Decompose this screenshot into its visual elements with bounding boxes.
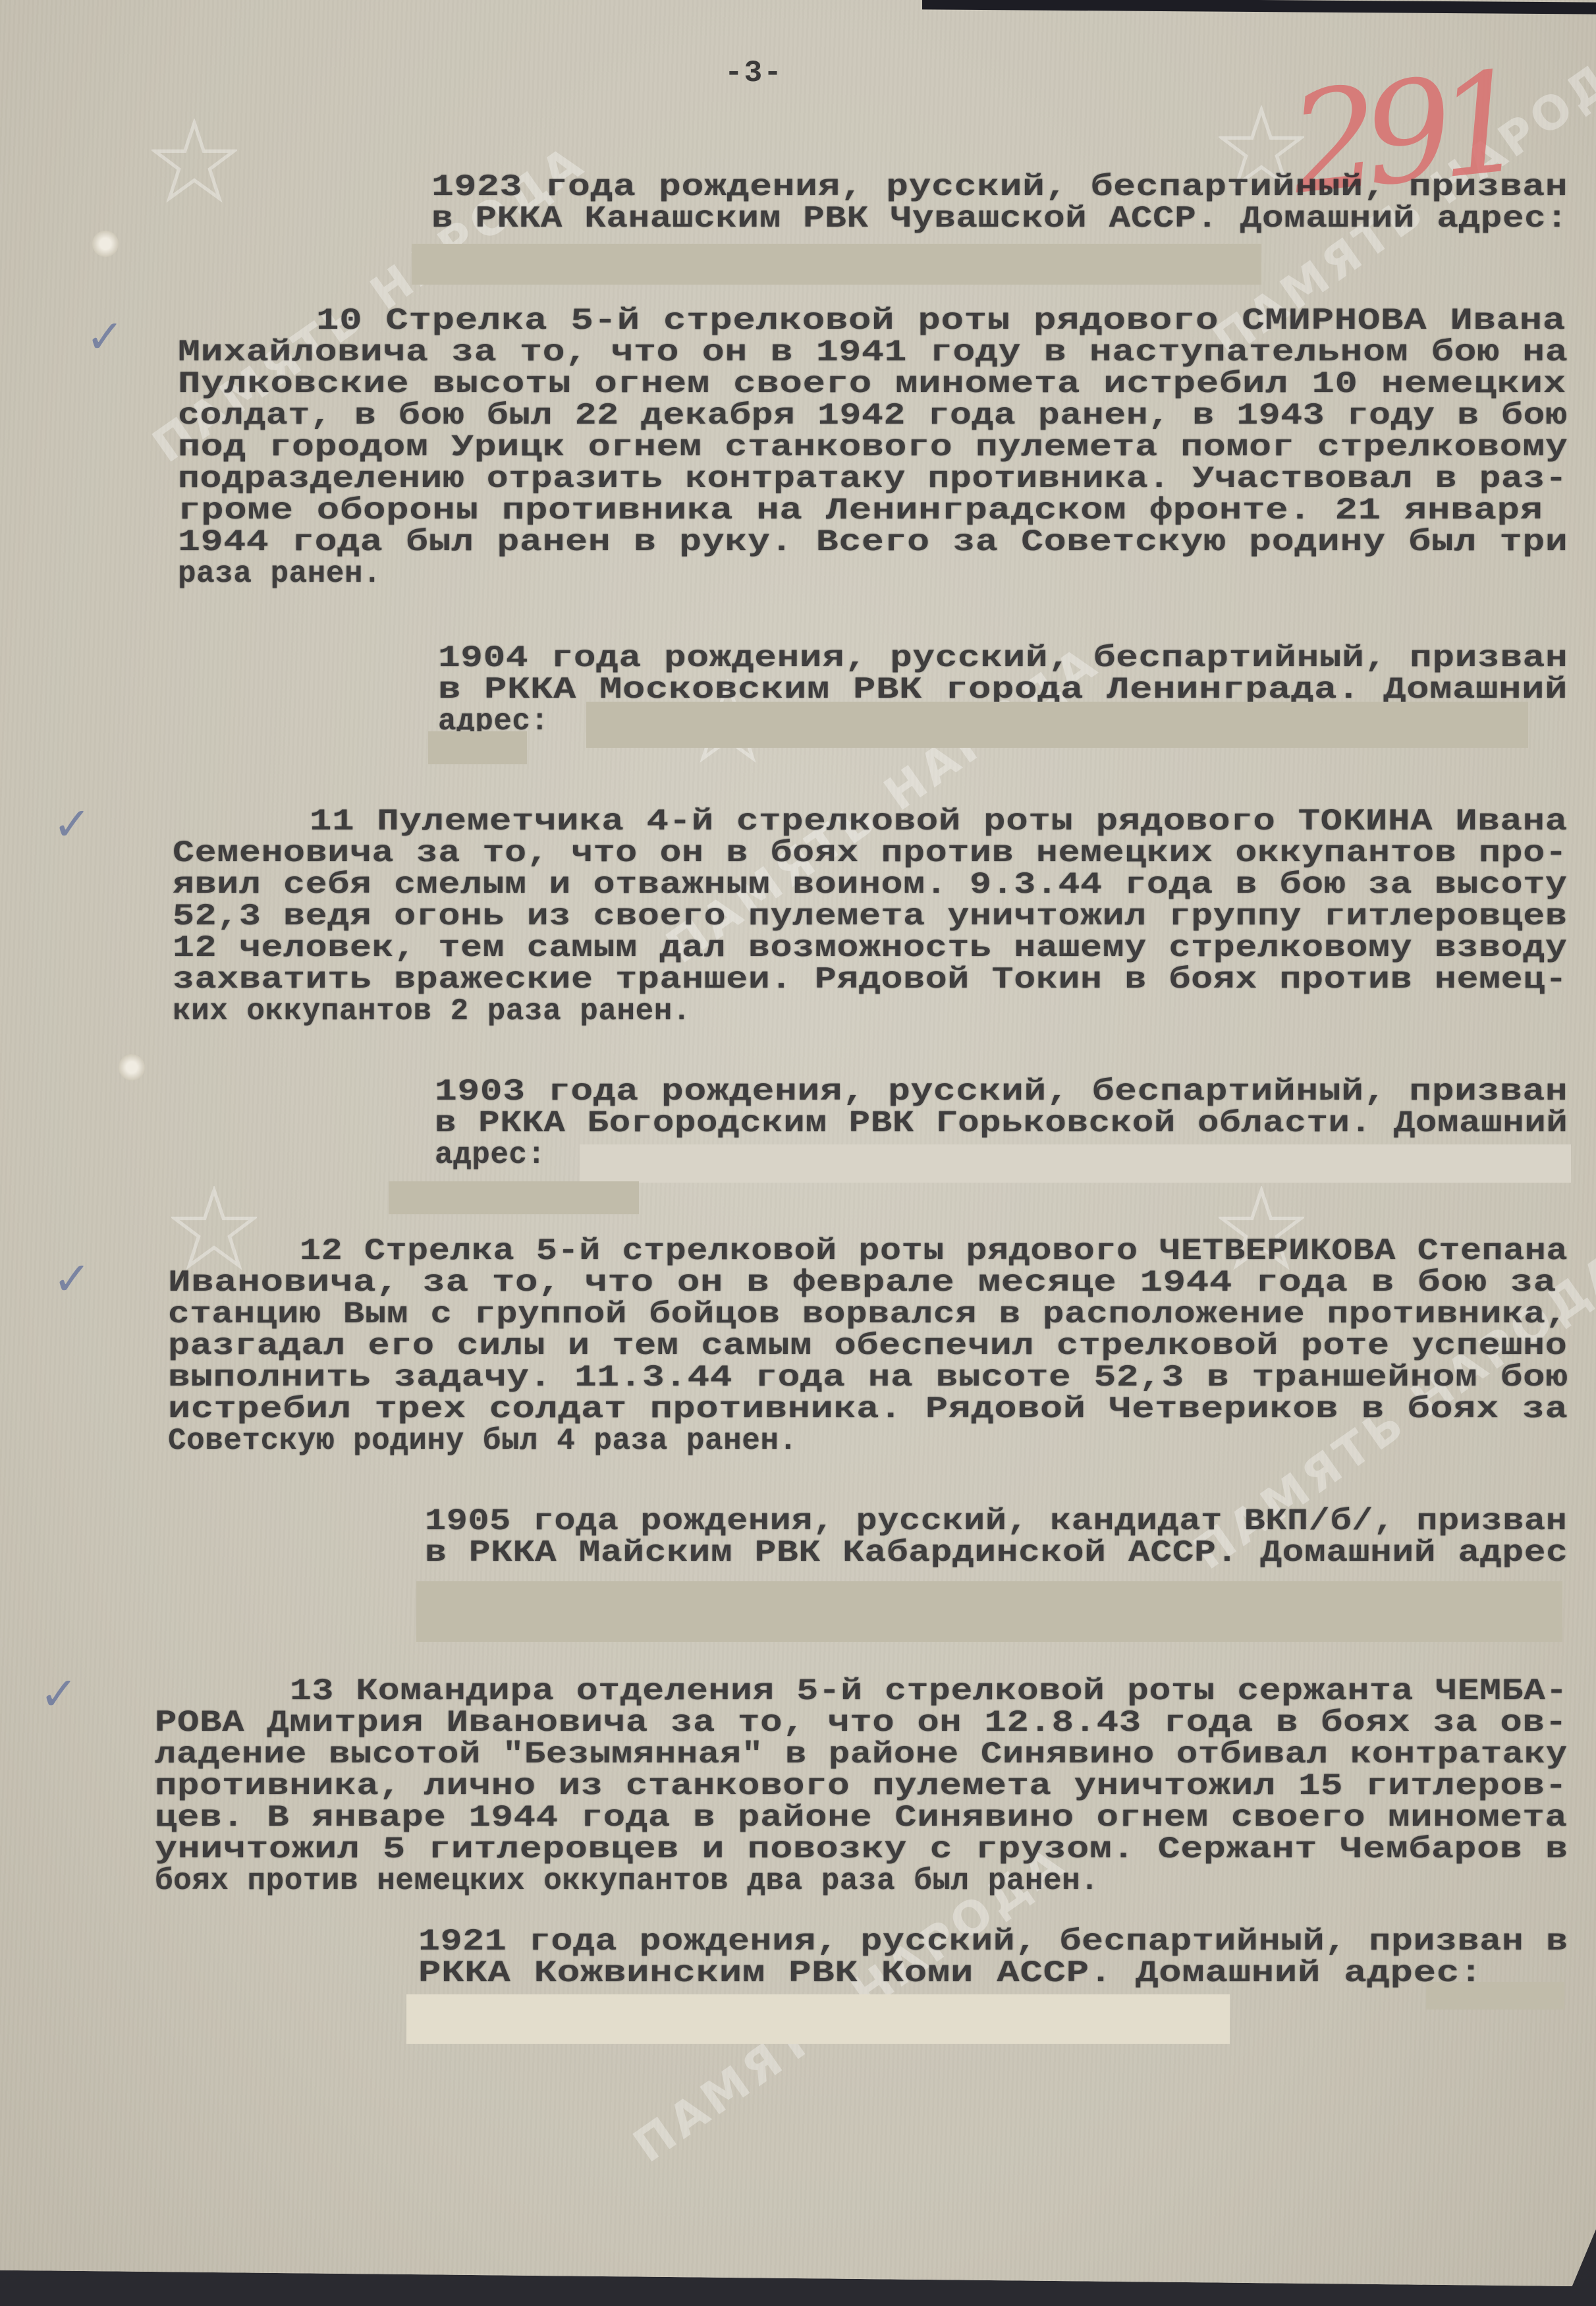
bio-line: 1923 года рождения, русский, беспартийны… [431, 175, 1568, 200]
award-line: Михайловича за то, что он в 1941 году в … [178, 340, 1568, 365]
redacted-address [406, 1994, 1230, 2044]
check-mark-icon: ✓ [53, 1252, 92, 1306]
award-line: ладение высотой "Безымянная" в районе Си… [155, 1742, 1568, 1767]
redacted-address [412, 244, 1261, 285]
bio-line: в РККА Майским РВК Кабардинской АССР. До… [425, 1540, 1568, 1565]
award-line: раза ранен. [178, 561, 381, 586]
document-page: ПАМЯТЬ НАРОДА ПАМЯТЬ НАРОДА ПАМЯТЬ НАРОД… [0, 0, 1596, 2286]
bio-line: в РККА Канашским РВК Чувашской АССР. Дом… [431, 206, 1568, 231]
award-line: цев. В январе 1944 года в районе Синявин… [155, 1805, 1568, 1830]
award-line: станцию Вым с группой бойцов ворвался в … [168, 1302, 1568, 1327]
award-line: истребил трех солдат противника. Рядовой… [168, 1397, 1568, 1422]
page-number: -3- [725, 56, 783, 90]
award-line: подразделению отразить контратаку против… [178, 466, 1568, 492]
redacted-address [1426, 1982, 1564, 2010]
bio-line: в РККА Московским РВК города Ленинграда.… [438, 677, 1568, 702]
punch-hole [119, 1054, 145, 1081]
watermark-star-icon [151, 119, 237, 204]
check-mark-icon: ✓ [86, 310, 124, 364]
award-line: РОВА Дмитрия Ивановича за то, что он 12.… [155, 1710, 1568, 1735]
scan-edge [922, 0, 1596, 14]
award-line: громе обороны противника на Ленинградско… [178, 498, 1543, 523]
award-line: захватить вражеские траншеи. Рядовой Ток… [173, 967, 1568, 992]
award-line: Семеновича за то, что он в боях против н… [173, 841, 1568, 866]
watermark-star-icon [171, 1186, 257, 1272]
bio-line: РККА Кожвинским РВК Коми АССР. Домашний … [418, 1961, 1483, 1986]
award-line: 12 Стрелка 5-й стрелковой роты рядового … [300, 1239, 1568, 1264]
check-mark-icon: ✓ [53, 797, 92, 851]
award-line: выполнить задачу. 11.3.44 года на высоте… [168, 1365, 1568, 1390]
redacted-address [416, 1581, 1562, 1642]
bio-line: адрес: [438, 709, 549, 734]
award-line: противника, лично из станкового пулемета… [155, 1774, 1568, 1799]
award-line: 52,3 ведя огонь из своего пулемета уничт… [173, 904, 1568, 929]
award-line: 13 Командира отделения 5-й стрелковой ро… [290, 1679, 1568, 1704]
award-line: боях против немецких оккупантов два раза… [155, 1869, 1099, 1894]
award-line: явил себя смелым и отважным воином. 9.3.… [173, 872, 1568, 897]
redacted-address [586, 702, 1528, 748]
check-mark-icon: ✓ [40, 1667, 78, 1721]
award-line: Советскую родину был 4 раза ранен. [168, 1428, 798, 1453]
bio-line: 1905 года рождения, русский, кандидат ВК… [425, 1509, 1567, 1534]
bio-line: в РККА Богородским РВК Горьковской облас… [435, 1111, 1568, 1136]
award-line: разгадал его силы и тем самым обеспечил … [168, 1334, 1568, 1359]
award-line: 1944 года был ранен в руку. Всего за Сов… [178, 530, 1568, 555]
award-line: Ивановича, за то, что он в феврале месяц… [168, 1270, 1556, 1295]
award-line: ких оккупантов 2 раза ранен. [173, 999, 691, 1024]
bio-line: 1903 года рождения, русский, беспартийны… [435, 1079, 1568, 1104]
redacted-address [428, 731, 527, 764]
award-line: Пулковские высоты огнем своего миномета … [178, 372, 1566, 397]
award-line: 11 Пулеметчика 4-й стрелковой роты рядов… [310, 809, 1568, 834]
bio-line: 1921 года рождения, русский, беспартийны… [418, 1929, 1568, 1954]
bio-line: 1904 года рождения, русский, беспартийны… [438, 646, 1568, 671]
bio-line: адрес: [435, 1142, 546, 1167]
award-line: уничтожил 5 гитлеровцев и повозку с груз… [155, 1837, 1568, 1862]
punch-hole [92, 231, 119, 257]
redacted-address [580, 1144, 1571, 1183]
redacted-address [389, 1181, 639, 1214]
award-line: 10 Стрелка 5-й стрелковой роты рядового … [316, 308, 1566, 333]
award-line: солдат, в бою был 22 декабря 1942 года р… [178, 403, 1568, 428]
award-line: под городом Урицк огнем станкового пулем… [178, 435, 1568, 460]
award-line: 12 человек, тем самым дал возможность на… [173, 936, 1568, 961]
